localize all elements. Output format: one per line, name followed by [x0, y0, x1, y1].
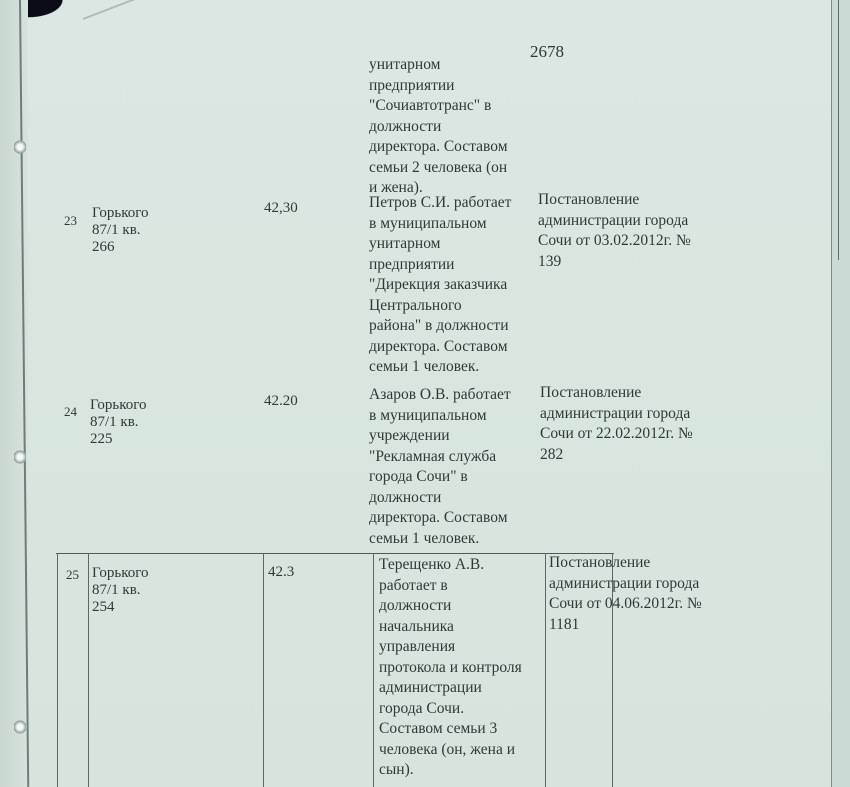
continued-description: унитарном предприятии "Сочиавтотранс" в …: [369, 55, 549, 199]
row-description: Терещенко А.В. работает в должности нача…: [379, 555, 549, 781]
binding-shadow: [28, 0, 68, 20]
staple-icon: [14, 140, 26, 154]
row-number: 23: [64, 213, 77, 229]
page-stack-edge: [831, 0, 850, 787]
row-area: 42.20: [264, 393, 298, 410]
row-address: Горького 87/1 кв. 225: [90, 397, 147, 448]
table-border-left: [57, 553, 58, 787]
row-decree: Постановление администрации города Сочи …: [549, 553, 729, 635]
table-border-top: [56, 553, 614, 554]
table-column-divider: [373, 553, 374, 787]
row-address: Горького 87/1 кв. 266: [92, 205, 149, 256]
row-decree: Постановление администрации города Сочи …: [538, 190, 718, 272]
staple-icon: [14, 720, 26, 734]
table-column-divider: [88, 553, 89, 787]
row-address: Горького 87/1 кв. 254: [92, 565, 149, 616]
row-description: Петров С.И. работает в муниципальном уни…: [369, 193, 549, 378]
row-description: Азаров О.В. работает в муниципальном учр…: [369, 385, 549, 549]
row-area: 42.3: [268, 564, 294, 581]
row-area: 42,30: [264, 200, 298, 217]
table-column-divider: [263, 553, 264, 787]
row-decree: Постановление администрации города Сочи …: [540, 383, 720, 465]
row-number: 25: [66, 567, 79, 583]
staple-icon: [14, 450, 26, 464]
row-number: 24: [64, 404, 77, 420]
pencil-mark: [83, 0, 196, 20]
